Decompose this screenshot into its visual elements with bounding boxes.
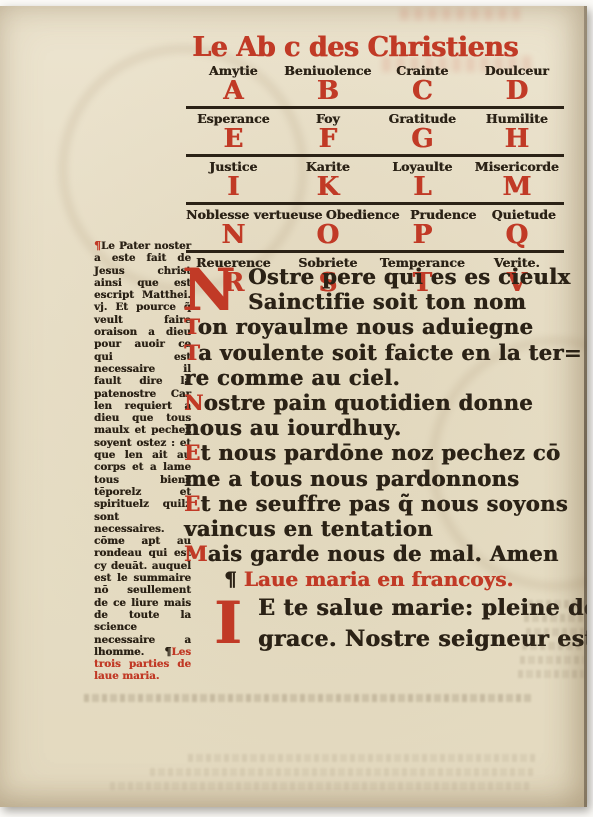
showthrough-text-line: [188, 754, 536, 762]
showthrough-text-block: [528, 600, 584, 608]
alphabet-letter: G: [375, 127, 470, 153]
line-text: ainctifie soit ton nom: [264, 289, 526, 314]
prayer-line: Ton royaulme nous aduiegne: [184, 314, 570, 339]
pilcrow-icon: ¶: [94, 239, 101, 252]
rule-divider: [186, 250, 564, 253]
line-text: nous au iourdhuy.: [184, 415, 401, 440]
prayer-line: Sainctifie soit ton nom: [184, 289, 570, 314]
margin-note: ¶Le Pater noster a este fait de Jesus ch…: [94, 240, 191, 683]
rule-divider: [186, 106, 564, 109]
line-text: re comme au ciel.: [184, 365, 400, 390]
alphabet-letter: A: [186, 79, 281, 105]
ave-line: grace. Nostre seigneur est: [184, 624, 570, 655]
alphabet-letter: O: [281, 223, 376, 249]
prayer-line: Mais garde nous de mal. Amen: [184, 541, 570, 566]
alphabet-letter: E: [186, 127, 281, 153]
table-row-letters: A B C D: [186, 79, 564, 105]
line-text: a voulente soit faicte en la ter=: [198, 340, 582, 365]
alphabet-letter: H: [470, 127, 565, 153]
line-text: on royaulme nous aduiegne: [198, 314, 534, 339]
alphabet-letter: K: [281, 175, 376, 201]
line-initial: O: [248, 264, 267, 289]
alphabet-letter: F: [281, 127, 376, 153]
line-initial: E: [184, 491, 200, 516]
showthrough-text-block: [526, 628, 584, 636]
book-page: Le Ab c des Christiens Amytie Beniuolenc…: [0, 6, 587, 807]
table-row-letters: I K L M: [186, 175, 564, 201]
line-text: ais garde nous de mal. Amen: [208, 541, 559, 566]
prayer-line: re comme au ciel.: [184, 365, 570, 390]
alphabet-letter: N: [186, 223, 281, 249]
showthrough-text-block: [524, 614, 584, 622]
alphabet-letter: I: [186, 175, 281, 201]
abc-table: Amytie Beniuolence Crainte Doulceur A B …: [186, 63, 564, 297]
rule-divider: [186, 154, 564, 157]
line-initial: S: [248, 289, 264, 314]
prayer-line: Et nous pardōne noz pechez cō: [184, 440, 570, 465]
margin-note-text: Le Pater noster a este fait de Jesus chr…: [94, 240, 191, 658]
ave-maria-heading: ¶ Laue maria en francoys.: [184, 566, 570, 593]
scan-frame: Le Ab c des Christiens Amytie Beniuolenc…: [0, 0, 593, 817]
line-text: t ne seuffre pas q̃ nous soyons: [200, 491, 567, 516]
pater-noster: N Ostre pere qui es es cieulx Sainctifie…: [184, 264, 570, 655]
line-initial: N: [184, 390, 204, 415]
prayer-line: Ostre pere qui es es cieulx: [184, 264, 570, 289]
drop-cap-i: I: [214, 595, 241, 651]
showthrough-text-block: [518, 670, 584, 678]
virtue-label: Noblesse vertueuse: [186, 207, 322, 223]
prayer-line: Et ne seuffre pas q̃ nous soyons: [184, 491, 570, 516]
prayer-line: Nostre pain quotidien donne: [184, 390, 570, 415]
table-row-letters: N O P Q: [186, 223, 564, 249]
ave-maria: I E te salue marie: pleine de grace. Nos…: [184, 593, 570, 655]
line-text: ostre pain quotidien donne: [204, 390, 533, 415]
showthrough-red-corner: [400, 8, 520, 20]
pilcrow-icon: ¶: [224, 567, 237, 591]
showthrough-text-block: [520, 656, 584, 664]
line-text: t nous pardōne noz pechez cō: [200, 440, 560, 465]
line-text: me a tous nous pardonnons: [184, 466, 519, 491]
alphabet-letter: D: [470, 79, 565, 105]
prayer-line: me a tous nous pardonnons: [184, 466, 570, 491]
alphabet-letter: Q: [470, 223, 565, 249]
prayer-line: Ta voulente soit faicte en la ter=: [184, 340, 570, 365]
showthrough-text-block: [522, 642, 584, 650]
alphabet-letter: M: [470, 175, 565, 201]
prayer-line: vaincus en tentation: [184, 516, 570, 541]
page-title: Le Ab c des Christiens: [192, 32, 518, 63]
line-initial: T: [184, 340, 198, 365]
line-initial: E: [184, 440, 200, 465]
rule-divider: [186, 202, 564, 205]
drop-cap-n: N: [182, 264, 235, 316]
alphabet-letter: L: [375, 175, 470, 201]
ave-line: E te salue marie: pleine de: [184, 593, 570, 624]
line-text: vaincus en tentation: [184, 516, 433, 541]
alphabet-letter: C: [375, 79, 470, 105]
alphabet-letter: P: [375, 223, 470, 249]
showthrough-text-line: [110, 782, 530, 790]
prayer-line: nous au iourdhuy.: [184, 415, 570, 440]
alphabet-letter: B: [281, 79, 376, 105]
showthrough-text-line: [150, 768, 536, 776]
line-initial: M: [184, 541, 208, 566]
table-row-letters: E F G H: [186, 127, 564, 153]
ave-maria-heading-text: Laue maria en francoys.: [244, 567, 514, 591]
line-text: stre pere qui es es cieulx: [267, 264, 571, 289]
showthrough-text-line: [84, 694, 532, 702]
